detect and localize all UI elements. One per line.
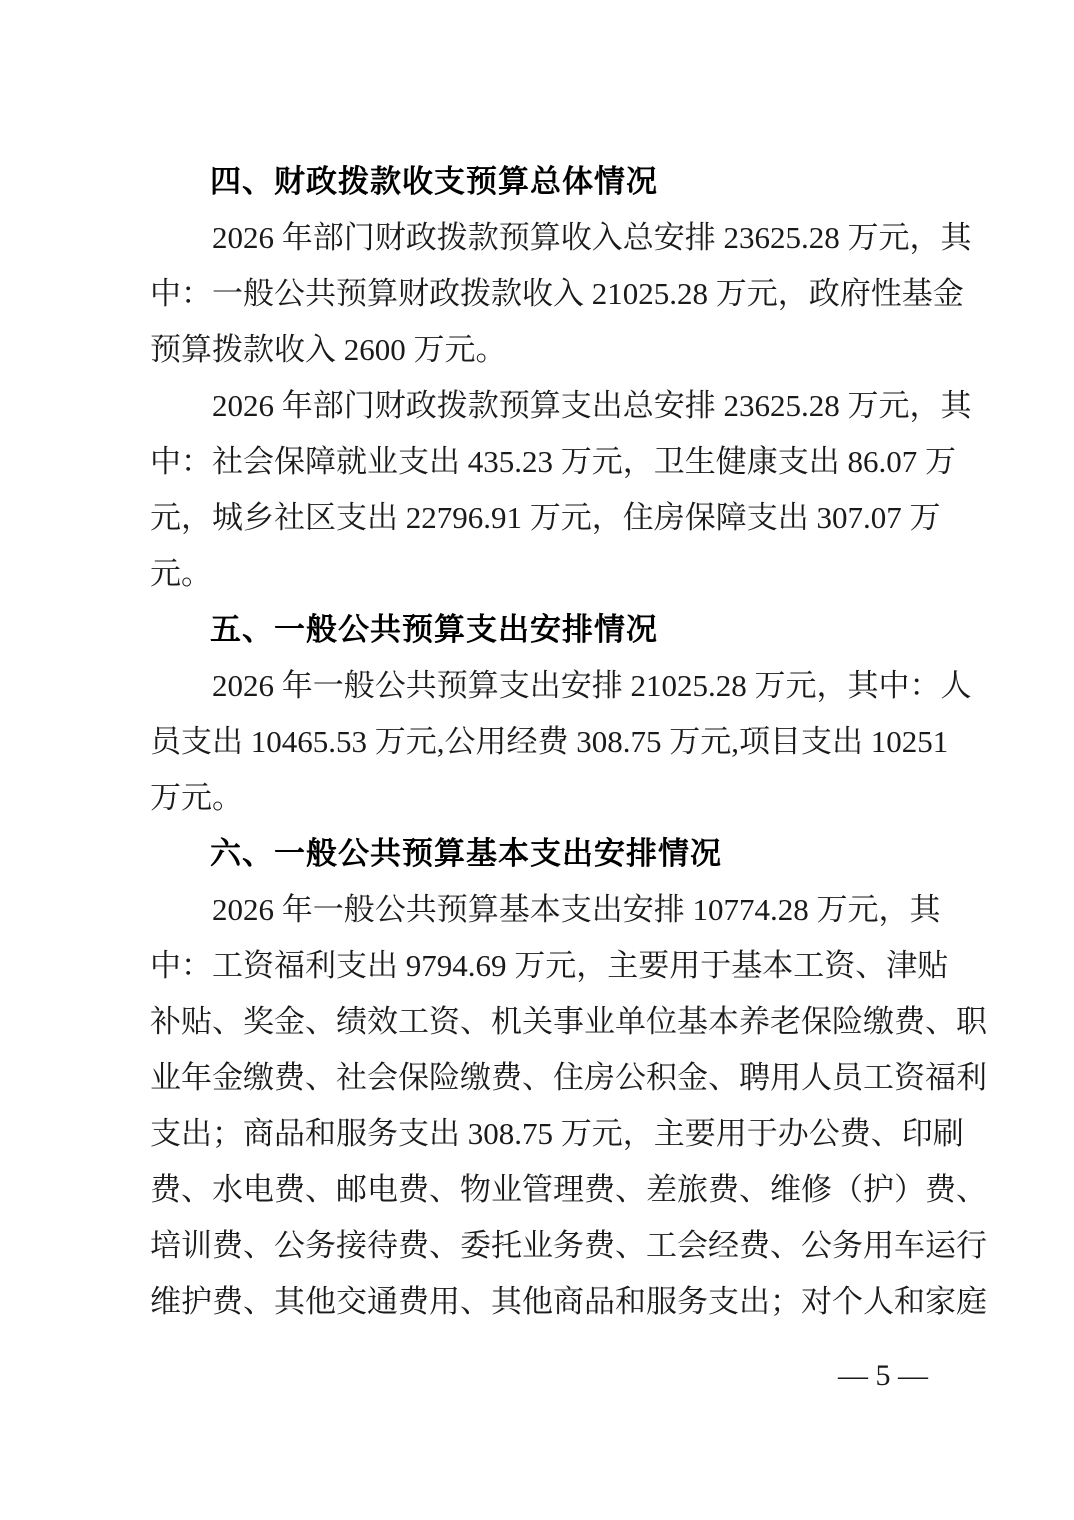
text-line: 支出；商品和服务支出 308.75 万元，主要用于办公费、印刷 xyxy=(150,1106,928,1162)
section-heading-6: 六、一般公共预算基本支出安排情况 xyxy=(150,826,928,882)
page-number: — 5 — xyxy=(838,1348,928,1404)
text-line: 中：社会保障就业支出 435.23 万元，卫生健康支出 86.07 万 xyxy=(150,434,928,490)
text-line: 维护费、其他交通费用、其他商品和服务支出；对个人和家庭 xyxy=(150,1274,928,1330)
text-line: 中：一般公共预算财政拨款收入 21025.28 万元，政府性基金 xyxy=(150,266,928,322)
text-line: 员支出 10465.53 万元,公用经费 308.75 万元,项目支出 1025… xyxy=(150,714,928,770)
text-line: 元，城乡社区支出 22796.91 万元，住房保障支出 307.07 万 xyxy=(150,490,928,546)
text-line: 培训费、公务接待费、委托业务费、工会经费、公务用车运行 xyxy=(150,1218,928,1274)
document-content: 四、财政拨款收支预算总体情况 2026 年部门财政拨款预算收入总安排 23625… xyxy=(150,154,928,1330)
section-heading-4: 四、财政拨款收支预算总体情况 xyxy=(150,154,928,210)
section-heading-5: 五、一般公共预算支出安排情况 xyxy=(150,602,928,658)
text-line: 中：工资福利支出 9794.69 万元，主要用于基本工资、津贴 xyxy=(150,938,928,994)
text-line: 费、水电费、邮电费、物业管理费、差旅费、维修（护）费、 xyxy=(150,1162,928,1218)
text-line: 万元。 xyxy=(150,770,928,826)
text-line: 元。 xyxy=(150,546,928,602)
text-line: 2026 年部门财政拨款预算支出总安排 23625.28 万元，其 xyxy=(150,378,928,434)
document-page: 四、财政拨款收支预算总体情况 2026 年部门财政拨款预算收入总安排 23625… xyxy=(0,0,1074,1520)
text-line: 业年金缴费、社会保险缴费、住房公积金、聘用人员工资福利 xyxy=(150,1050,928,1106)
text-line: 补贴、奖金、绩效工资、机关事业单位基本养老保险缴费、职 xyxy=(150,994,928,1050)
text-line: 2026 年部门财政拨款预算收入总安排 23625.28 万元，其 xyxy=(150,210,928,266)
text-line: 2026 年一般公共预算基本支出安排 10774.28 万元，其 xyxy=(150,882,928,938)
text-line: 预算拨款收入 2600 万元。 xyxy=(150,322,928,378)
text-line: 2026 年一般公共预算支出安排 21025.28 万元，其中：人 xyxy=(150,658,928,714)
